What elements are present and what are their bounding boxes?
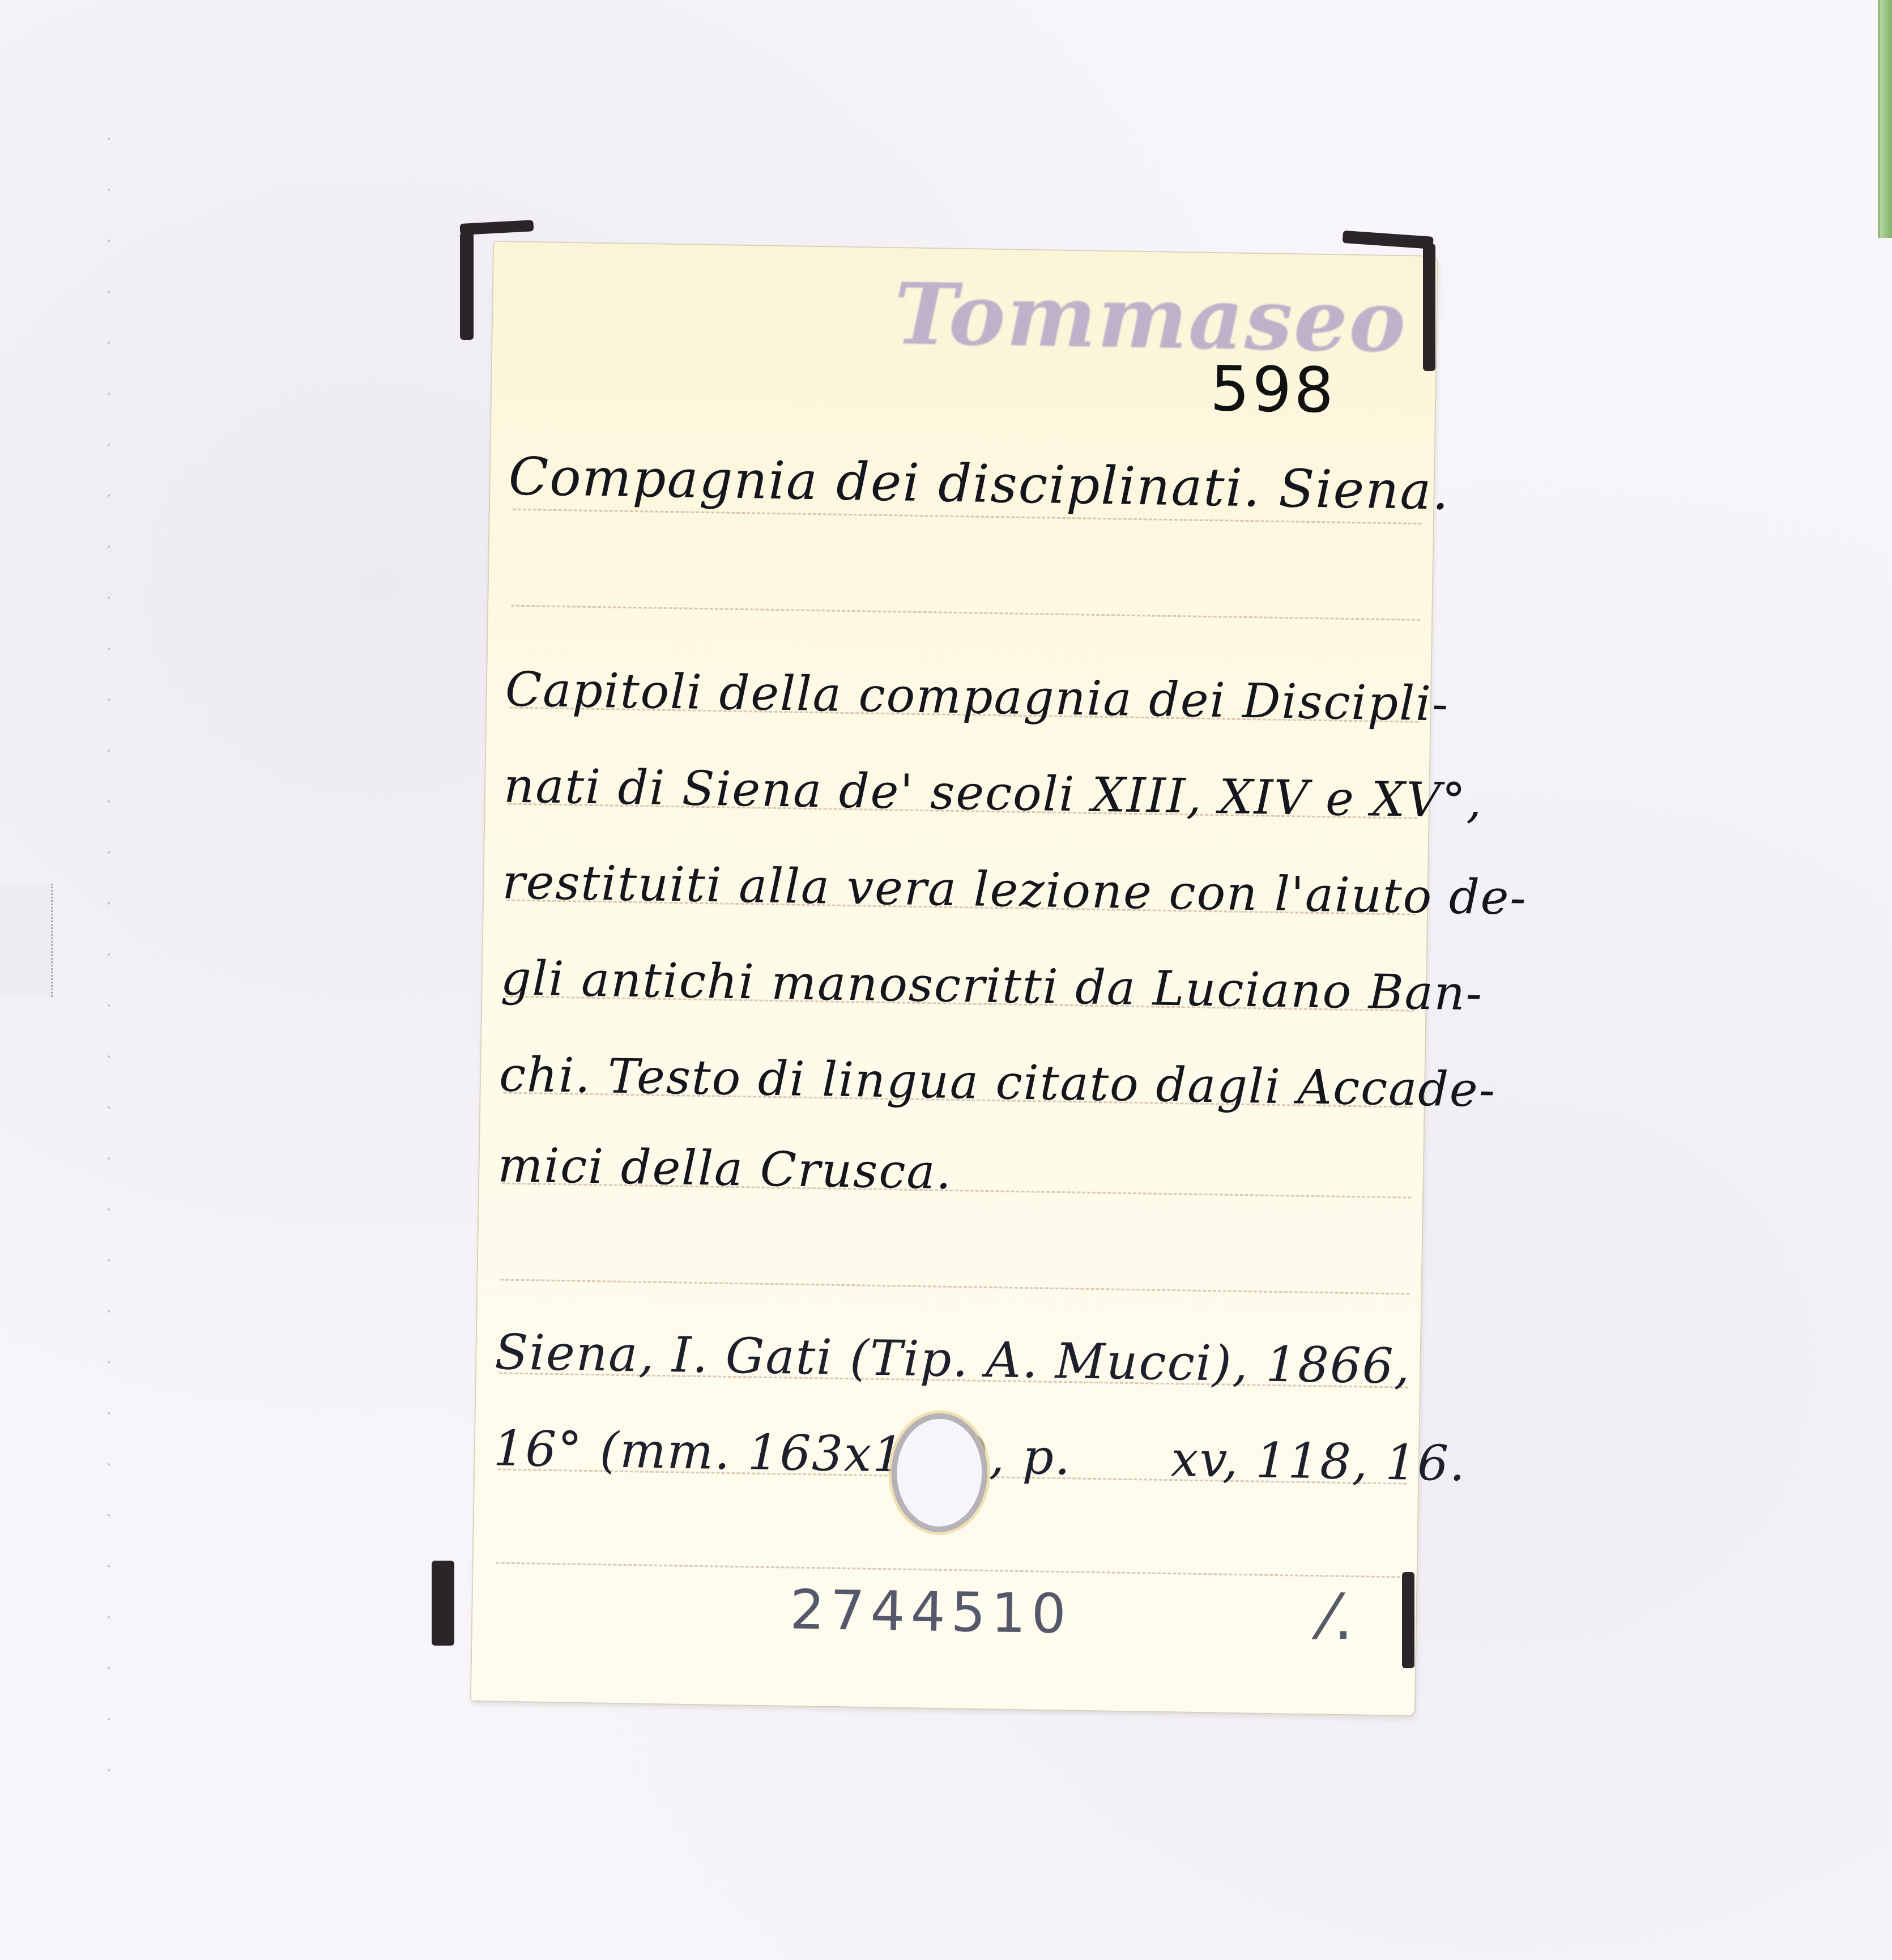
paper-scrap (0, 884, 53, 997)
mount-corner-top-right (1423, 244, 1435, 371)
ruled-line (496, 1562, 1405, 1578)
accession-number: 2744510 (790, 1578, 1072, 1646)
title-line: restituiti alla vera lezione con l'aiuto… (502, 854, 1528, 925)
title-line: nati di Siena de' secoli XIII, XIV e XV°… (503, 757, 1483, 828)
imprint-line: Siena, I. Gati (Tip. A. Mucci), 1866, (495, 1324, 1412, 1395)
mount-corner-bottom-right (1402, 1572, 1414, 1668)
mount-corner-bottom-left (432, 1561, 454, 1646)
title-line: gli antichi manoscritti da Luciano Ban- (500, 950, 1484, 1021)
title-line: mici della Crusca. (497, 1137, 953, 1200)
title-line: chi. Testo di lingua citato dagli Accade… (498, 1046, 1496, 1118)
perforation-marks (108, 113, 110, 1813)
pencil-mark: ⁄. (1323, 1580, 1354, 1654)
index-card: Tommaseo 598 Compagnia dei disciplinati.… (471, 242, 1437, 1715)
ruled-line (511, 605, 1420, 621)
mount-corner-top-left (460, 232, 474, 340)
green-edge-strip (1878, 0, 1892, 238)
title-line: Capitoli della compagnia dei Discipli- (505, 661, 1450, 731)
ruled-line (501, 1279, 1410, 1294)
punch-hole (890, 1412, 988, 1533)
card-number: 598 (1209, 352, 1336, 427)
